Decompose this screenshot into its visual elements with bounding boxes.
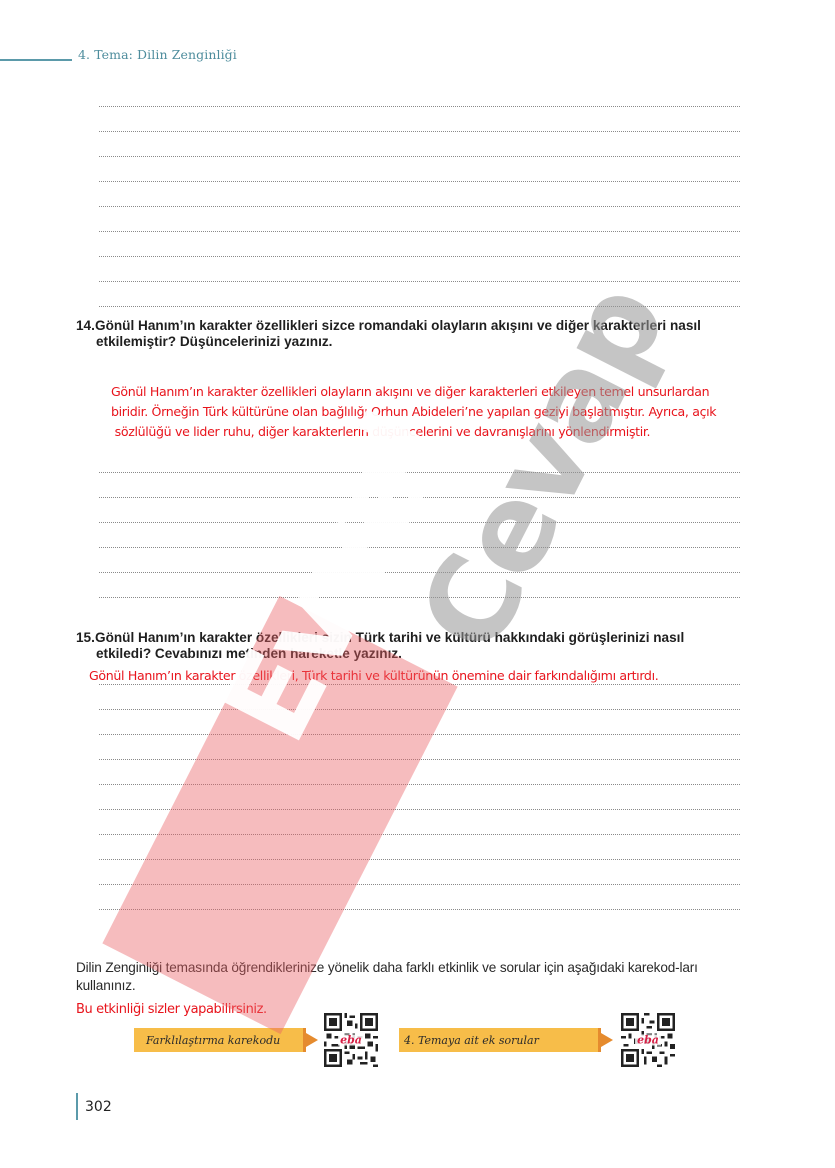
activity-note: Bu etkinliği sizler yapabilirsiniz. (76, 1002, 267, 1017)
writing-line[interactable] (99, 884, 740, 885)
writing-line[interactable] (99, 809, 740, 810)
answer-line: Gönül Hanım’ın karakter özellikleri olay… (111, 382, 709, 401)
question-text-line-1: Gönül Hanım’ın karakter özellikleri sizc… (95, 318, 701, 333)
page-number: 302 (85, 1099, 112, 1115)
question-text-line-2: etkilemiştir? Düşüncelerinizi yazınız. (76, 334, 701, 350)
chapter-title: 4. Tema: Dilin Zenginliği (78, 47, 237, 62)
qr-label-differentiation: Farklılaştırma karekodu (134, 1028, 304, 1052)
writing-line[interactable] (99, 522, 740, 523)
writing-line[interactable] (99, 497, 740, 498)
page-number-rule (76, 1093, 78, 1120)
writing-line[interactable] (99, 759, 740, 760)
header-rule (0, 59, 72, 61)
writing-line[interactable] (99, 206, 740, 207)
writing-line[interactable] (99, 231, 740, 232)
writing-line[interactable] (99, 156, 740, 157)
writing-line[interactable] (99, 709, 740, 710)
writing-line[interactable] (99, 734, 740, 735)
writing-line[interactable] (99, 597, 740, 598)
qr-label-extra-questions: 4. Temaya ait ek sorular (399, 1028, 599, 1052)
qr-code-icon[interactable]: eba (324, 1013, 378, 1067)
answer-line: Gönül Hanım’ın karakter özellikleri, Tür… (89, 666, 658, 685)
answer-line: biridir. Örneğin Türk kültürüne olan bağ… (111, 402, 716, 421)
question-number: 14. (76, 318, 95, 334)
writing-line[interactable] (99, 281, 740, 282)
question-15: 15.Gönül Hanım’ın karakter özellikleri s… (76, 630, 684, 662)
writing-line[interactable] (99, 572, 740, 573)
writing-line[interactable] (99, 106, 740, 107)
writing-line[interactable] (99, 784, 740, 785)
question-14: 14.Gönül Hanım’ın karakter özellikleri s… (76, 318, 701, 350)
writing-line[interactable] (99, 909, 740, 910)
writing-line[interactable] (99, 859, 740, 860)
writing-line[interactable] (99, 306, 740, 307)
qr-info-paragraph: Dilin Zenginliği temasında öğrendiklerin… (76, 959, 746, 995)
arrow-right-icon (306, 1033, 318, 1047)
arrow-right-icon (601, 1033, 613, 1047)
eba-logo: eba (635, 1035, 661, 1046)
watermark-primary: Evvel (196, 393, 476, 763)
question-text-line-1: Gönül Hanım’ın karakter özellikleri sizi… (95, 630, 684, 645)
question-number: 15. (76, 630, 95, 646)
writing-line[interactable] (99, 181, 740, 182)
writing-line[interactable] (99, 256, 740, 257)
writing-line[interactable] (99, 472, 740, 473)
writing-line[interactable] (99, 547, 740, 548)
qr-code-icon[interactable]: eba (621, 1013, 675, 1067)
writing-line[interactable] (99, 131, 740, 132)
question-text-line-2: etkiledi? Cevabınızı metinden hareketle … (76, 646, 684, 662)
answer-line: sözlülüğü ve lider ruhu, diğer karakterl… (111, 422, 650, 441)
eba-logo: eba (338, 1035, 364, 1046)
writing-line[interactable] (99, 834, 740, 835)
writing-line[interactable] (99, 684, 740, 685)
